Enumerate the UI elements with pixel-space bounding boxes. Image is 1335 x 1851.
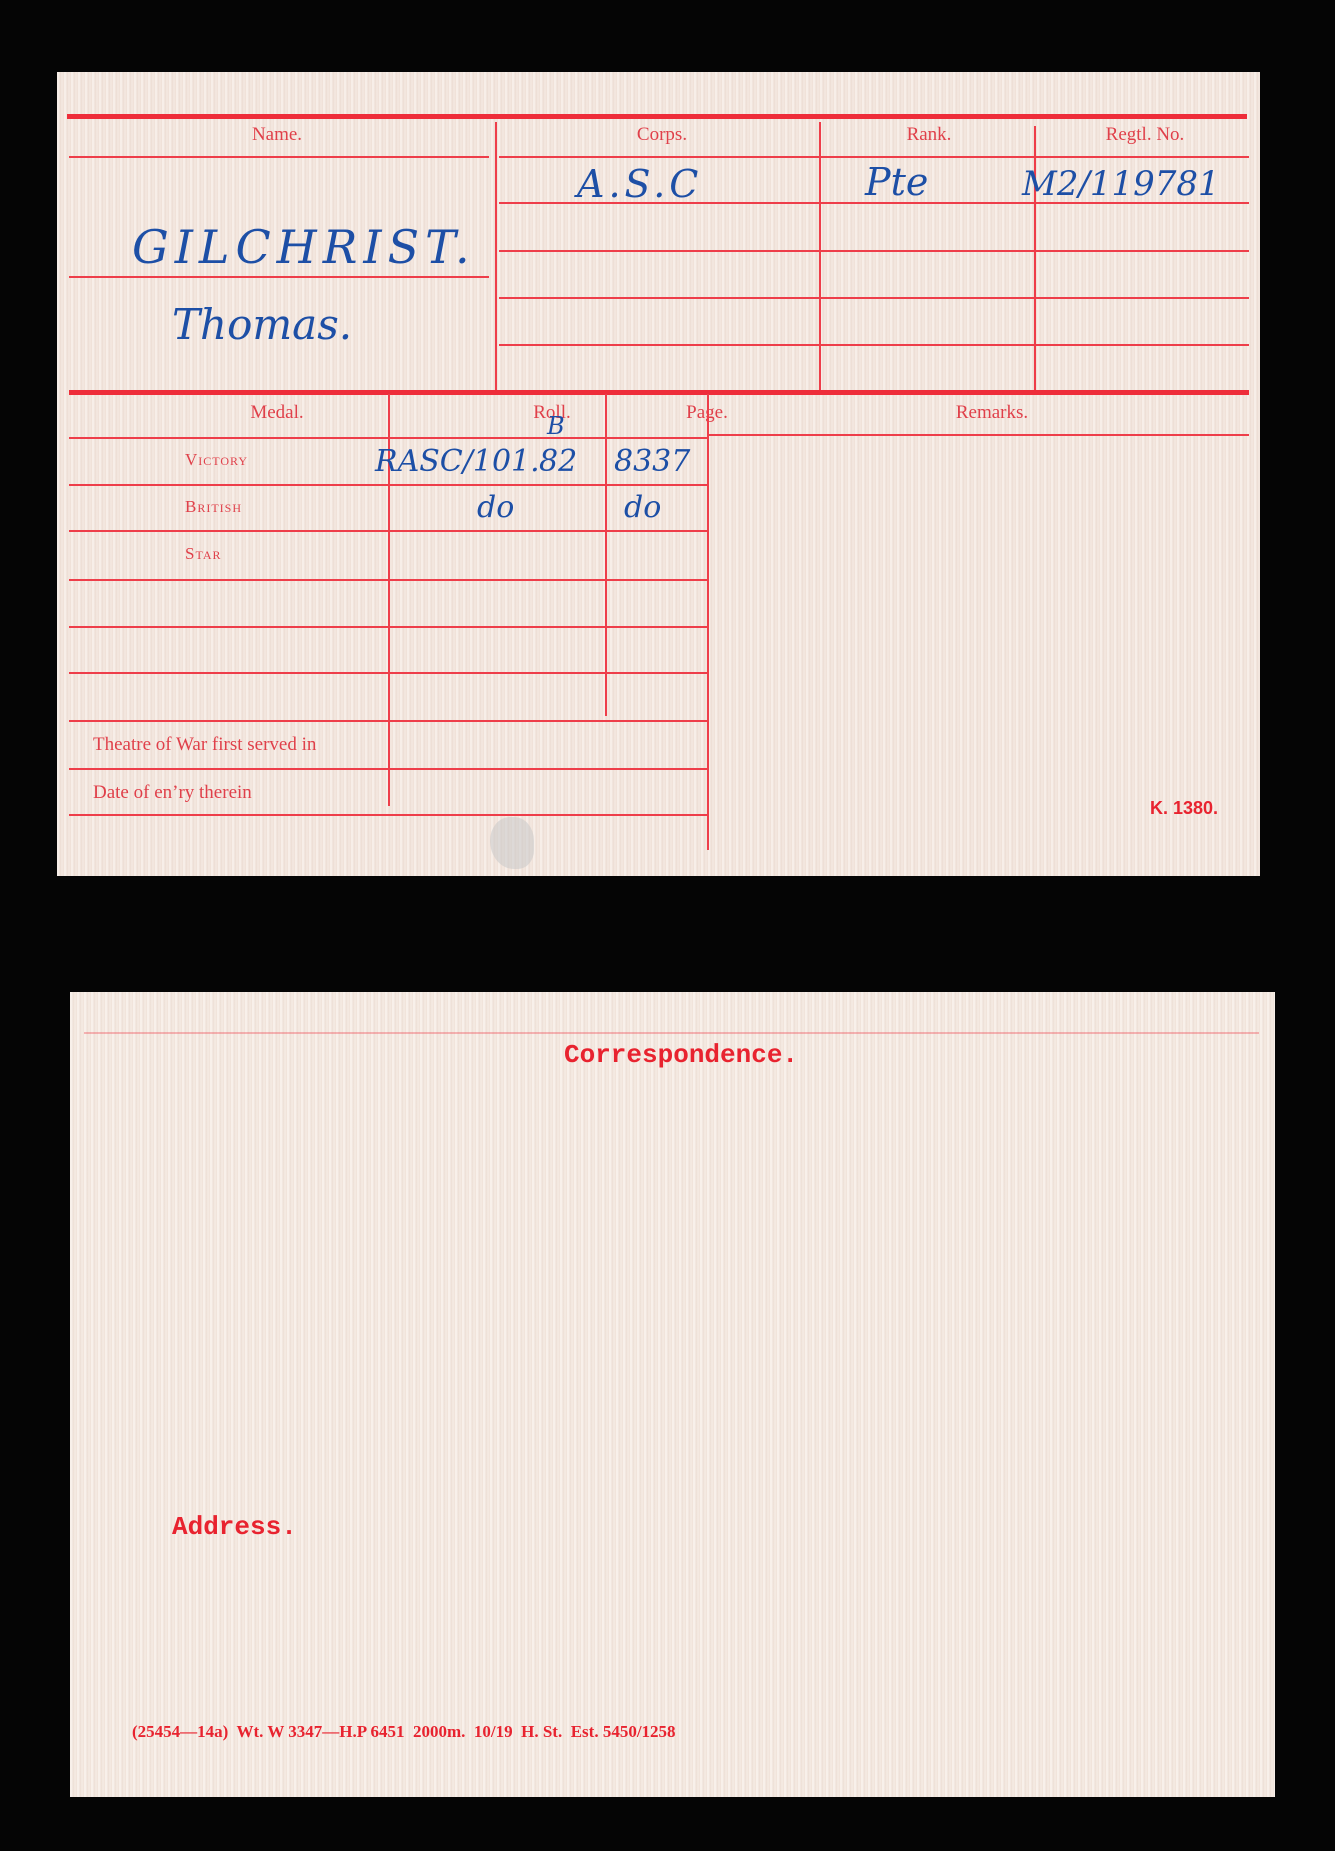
date-entry-label: Date of en’ry therein — [93, 782, 252, 804]
rule — [69, 579, 707, 581]
medal-index-card-front: Name. Corps. Rank. Regtl. No. GILCHRIST.… — [57, 72, 1260, 876]
header-remarks: Remarks. — [892, 402, 1092, 424]
divider — [819, 122, 821, 390]
rule — [69, 437, 707, 439]
divider — [707, 394, 709, 850]
page-victory: 8337 — [614, 444, 690, 479]
header-regt-no: Regtl. No. — [1045, 124, 1245, 146]
surname-value: GILCHRIST. — [132, 220, 476, 274]
header-medal: Medal. — [177, 402, 377, 424]
header-corps: Corps. — [562, 124, 762, 146]
rule — [69, 156, 489, 158]
forename-value: Thomas. — [172, 300, 352, 349]
address-label: Address. — [172, 1512, 297, 1542]
rule — [499, 250, 1249, 252]
top-rule — [84, 1032, 1259, 1034]
rule — [69, 276, 489, 278]
medal-index-card-back: Correspondence. Address. (25454—14a) Wt.… — [70, 992, 1275, 1797]
rule — [709, 434, 1249, 436]
roll-british: do — [477, 490, 514, 525]
theatre-label: Theatre of War first served in — [93, 734, 316, 756]
roll-suffix: 82 — [539, 444, 577, 479]
top-rule — [67, 114, 1247, 119]
medal-star: Star — [185, 544, 222, 564]
rule — [69, 768, 707, 770]
medal-british: British — [185, 497, 242, 517]
rule — [69, 530, 707, 532]
rule — [69, 484, 707, 486]
rule — [69, 814, 707, 816]
divider — [495, 122, 497, 390]
rule — [499, 156, 1249, 158]
header-name: Name. — [177, 124, 377, 146]
printer-imprint: (25454—14a) Wt. W 3347—H.P 6451 2000m. 1… — [132, 1722, 676, 1742]
rank-value: Pte — [865, 160, 928, 204]
divider — [605, 394, 607, 716]
page-british: do — [624, 490, 661, 525]
rule — [69, 626, 707, 628]
correspondence-title: Correspondence. — [564, 1040, 798, 1070]
roll-superscript: B — [547, 412, 565, 440]
medal-victory: Victory — [185, 450, 248, 470]
form-number: K. 1380. — [1150, 798, 1218, 819]
regt-no-value: M2/119781 — [1022, 164, 1220, 204]
rule — [69, 720, 707, 722]
rule — [499, 297, 1249, 299]
header-rank: Rank. — [829, 124, 1029, 146]
corps-value: A.S.C — [577, 162, 702, 206]
rule — [69, 672, 707, 674]
section-rule — [69, 390, 1249, 395]
rule — [499, 344, 1249, 346]
roll-victory: RASC/101. — [375, 444, 540, 479]
watermark — [490, 817, 534, 869]
